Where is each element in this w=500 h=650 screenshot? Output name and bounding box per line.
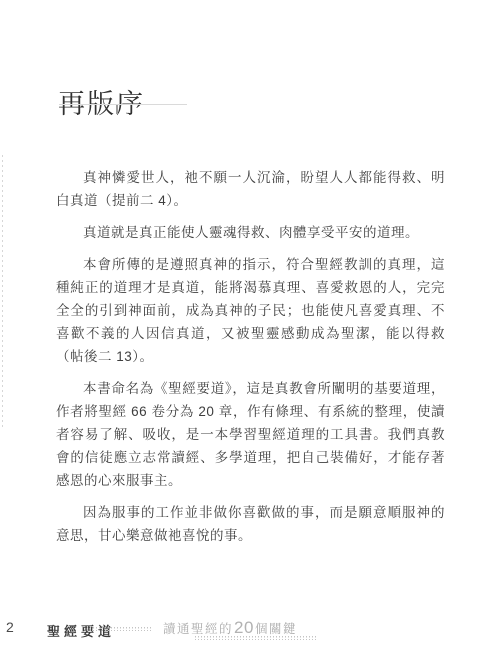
- page-number: 2: [6, 619, 14, 635]
- title-caret-mark: [116, 105, 118, 114]
- paragraph: 真神憐愛世人，祂不願一人沉淪，盼望人人都能得救、明白真道（提前二 4）。: [56, 166, 445, 212]
- footer-series-suffix: 個關鍵: [255, 622, 297, 636]
- book-page: 再版序 真神憐愛世人，祂不願一人沉淪，盼望人人都能得救、明白真道（提前二 4）。…: [0, 0, 500, 650]
- footer-dotted-underline: [195, 636, 318, 640]
- paragraph: 真道就是真正能使人靈魂得救、肉體享受平安的道理。: [56, 221, 445, 244]
- footer-series-title: 讀通聖經的20個關鍵: [163, 618, 297, 638]
- footer-dotted-separator: [87, 627, 153, 631]
- footer-series-prefix: 讀通聖經的: [163, 622, 233, 636]
- footer-series-number: 20: [233, 618, 255, 637]
- title-underline: [59, 104, 187, 105]
- paragraph: 本書命名為《聖經要道》，這是真教會所闡明的基要道理，作者將聖經 66 卷分為 2…: [56, 377, 445, 492]
- body-text: 真神憐愛世人，祂不願一人沉淪，盼望人人都能得救、明白真道（提前二 4）。 真道就…: [56, 166, 445, 556]
- left-edge-dotted-line: [2, 155, 3, 430]
- paragraph: 本會所傳的是遵照真神的指示，符合聖經教訓的真理，這種純正的道理才是真道，能將渴慕…: [56, 253, 445, 368]
- paragraph: 因為服事的工作並非做你喜歡做的事，而是願意順服神的意思，甘心樂意做祂喜悅的事。: [56, 501, 445, 547]
